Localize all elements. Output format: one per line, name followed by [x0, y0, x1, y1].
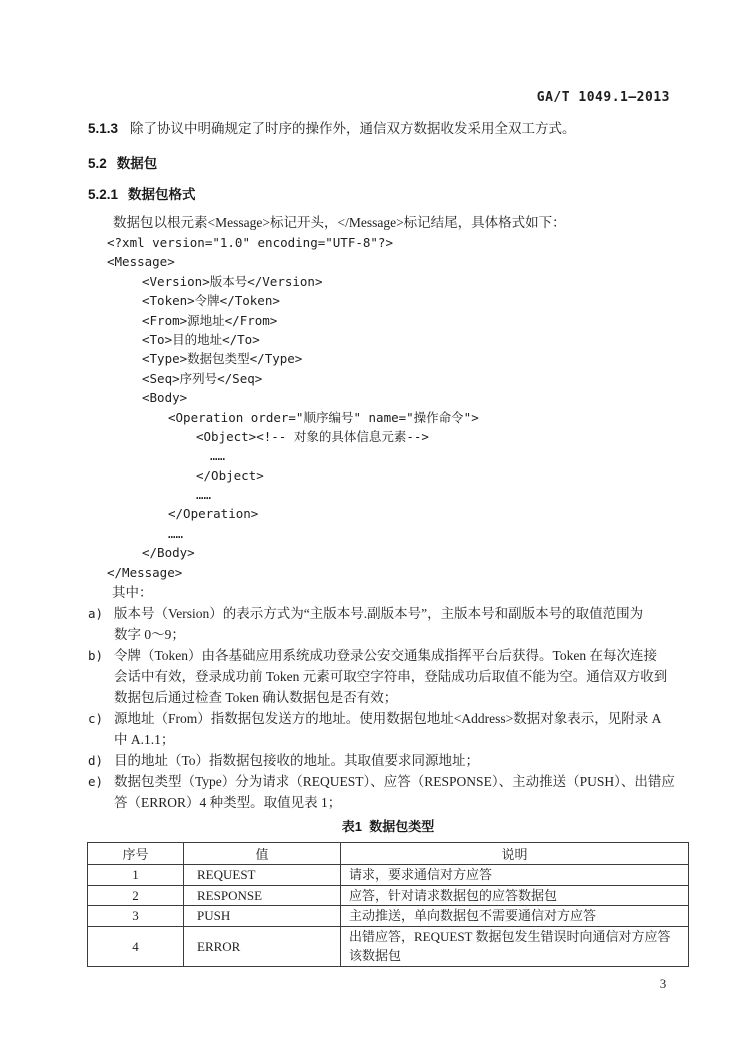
note-item-line: 数据包后通过检查 Token 确认数据包是否有效； — [114, 687, 696, 708]
table-cell: 1 — [88, 865, 184, 886]
note-item-text: 数据包类型（Type）分为请求（REQUEST）、应答（RESPONSE）、主动… — [114, 771, 696, 813]
table-cell: 4 — [88, 926, 184, 966]
notes-lead: 其中： — [88, 582, 696, 603]
table-header-row: 序号值说明 — [88, 843, 689, 865]
notes-list: 其中： a)版本号（Version）的表示方式为“主版本号.副版本号”，主版本号… — [88, 582, 696, 813]
note-item-marker: d) — [88, 750, 114, 771]
note-item-text: 目的地址（To）指数据包接收的地址。其取值要求同源地址； — [114, 750, 696, 771]
table-cell: 应答，针对请求数据包的应答数据包 — [341, 885, 689, 906]
table-row: 4ERROR出错应答，REQUEST 数据包发生错误时向通信对方应答该数据包 — [88, 926, 689, 966]
xml-line: </Message> — [107, 563, 479, 582]
note-item-line: 版本号（Version）的表示方式为“主版本号.副版本号”，主版本号和副版本号的… — [114, 603, 696, 624]
section-heading-5-2: 5.2数据包 — [88, 152, 157, 172]
note-item-marker: a) — [88, 603, 114, 624]
table-cell: ERROR — [184, 926, 341, 966]
xml-code-block: <?xml version="1.0" encoding="UTF-8"?><M… — [107, 233, 479, 582]
xml-line: …… — [107, 446, 479, 465]
note-item-line: 会话中有效，登录成功前 Token 元素可取空字符串，登陆成功后取值不能为空。通… — [114, 666, 696, 687]
table-row: 3PUSH主动推送，单向数据包不需要通信对方应答 — [88, 906, 689, 927]
page-number: 3 — [648, 976, 678, 992]
xml-line: …… — [107, 485, 479, 504]
document-page: GA/T 1049.1—2013 5.1.3除了协议中明确规定了时序的操作外，通… — [0, 0, 750, 1060]
note-item: b)令牌（Token）由各基础应用系统成功登录公安交通集成指挥平台后获得。Tok… — [88, 645, 696, 708]
xml-line: </Operation> — [107, 504, 479, 523]
table-1-title: 表1 数据包类型 — [88, 816, 688, 835]
xml-line: <Type>数据包类型</Type> — [107, 349, 479, 368]
note-item: a)版本号（Version）的表示方式为“主版本号.副版本号”，主版本号和副版本… — [88, 603, 696, 645]
table-cell: 主动推送，单向数据包不需要通信对方应答 — [341, 906, 689, 927]
note-item-text: 令牌（Token）由各基础应用系统成功登录公安交通集成指挥平台后获得。Token… — [114, 645, 696, 708]
table-cell: RESPONSE — [184, 885, 341, 906]
table-cell: 请求，要求通信对方应答 — [341, 865, 689, 886]
table-header-cell: 说明 — [341, 843, 689, 865]
table-row: 1REQUEST请求，要求通信对方应答 — [88, 865, 689, 886]
note-item-text: 版本号（Version）的表示方式为“主版本号.副版本号”，主版本号和副版本号的… — [114, 603, 696, 645]
table-cell: 3 — [88, 906, 184, 927]
note-item-line: 答（ERROR）4 种类型。取值见表 1； — [114, 792, 696, 813]
xml-line: <Version>版本号</Version> — [107, 272, 479, 291]
xml-line: <From>源地址</From> — [107, 311, 479, 330]
section-number: 5.2.1 — [88, 187, 118, 202]
note-item-marker: c) — [88, 708, 114, 729]
clause-text: 除了协议中明确规定了时序的操作外，通信双方数据收发采用全双工方式。 — [130, 121, 576, 136]
xml-line: <Operation order="顺序编号" name="操作命令"> — [107, 408, 479, 427]
xml-line: <?xml version="1.0" encoding="UTF-8"?> — [107, 233, 479, 252]
xml-line: </Object> — [107, 466, 479, 485]
note-item: d)目的地址（To）指数据包接收的地址。其取值要求同源地址； — [88, 750, 696, 771]
table-cell: PUSH — [184, 906, 341, 927]
note-item-text: 源地址（From）指数据包发送方的地址。使用数据包地址<Address>数据对象… — [114, 708, 696, 750]
section-title: 数据包格式 — [128, 187, 196, 202]
intro-paragraph: 数据包以根元素<Message>标记开头，</Message>标记结尾，具体格式… — [88, 211, 694, 231]
table-header-cell: 序号 — [88, 843, 184, 865]
table-cell: 2 — [88, 885, 184, 906]
section-number: 5.2 — [88, 156, 107, 171]
standard-number-header: GA/T 1049.1—2013 — [537, 90, 670, 105]
xml-line: <To>目的地址</To> — [107, 330, 479, 349]
note-item: c)源地址（From）指数据包发送方的地址。使用数据包地址<Address>数据… — [88, 708, 696, 750]
note-item-line: 目的地址（To）指数据包接收的地址。其取值要求同源地址； — [114, 750, 696, 771]
clause-5-1-3: 5.1.3除了协议中明确规定了时序的操作外，通信双方数据收发采用全双工方式。 — [88, 120, 694, 137]
note-item-line: 数据包类型（Type）分为请求（REQUEST）、应答（RESPONSE）、主动… — [114, 771, 696, 792]
table-header-cell: 值 — [184, 843, 341, 865]
table-cell: 出错应答，REQUEST 数据包发生错误时向通信对方应答该数据包 — [341, 926, 689, 966]
section-title: 数据包 — [117, 156, 158, 171]
packet-type-table: 序号值说明 1REQUEST请求，要求通信对方应答2RESPONSE应答，针对请… — [87, 842, 689, 967]
xml-line: </Body> — [107, 543, 479, 562]
xml-line: <Token>令牌</Token> — [107, 291, 479, 310]
xml-line: …… — [107, 524, 479, 543]
note-item: e)数据包类型（Type）分为请求（REQUEST）、应答（RESPONSE）、… — [88, 771, 696, 813]
note-item-line: 数字 0～9； — [114, 624, 696, 645]
note-item-line: 源地址（From）指数据包发送方的地址。使用数据包地址<Address>数据对象… — [114, 708, 696, 729]
xml-line: <Object><!-- 对象的具体信息元素--> — [107, 427, 479, 446]
table-row: 2RESPONSE应答，针对请求数据包的应答数据包 — [88, 885, 689, 906]
note-item-line: 中 A.1.1； — [114, 729, 696, 750]
clause-number: 5.1.3 — [88, 121, 118, 136]
notes-items: a)版本号（Version）的表示方式为“主版本号.副版本号”，主版本号和副版本… — [88, 603, 696, 813]
note-item-line: 令牌（Token）由各基础应用系统成功登录公安交通集成指挥平台后获得。Token… — [114, 645, 696, 666]
xml-line: <Message> — [107, 252, 479, 271]
section-heading-5-2-1: 5.2.1数据包格式 — [88, 183, 196, 203]
xml-line: <Seq>序列号</Seq> — [107, 369, 479, 388]
note-item-marker: b) — [88, 645, 114, 666]
xml-line: <Body> — [107, 388, 479, 407]
note-item-marker: e) — [88, 771, 114, 792]
table-cell: REQUEST — [184, 865, 341, 886]
